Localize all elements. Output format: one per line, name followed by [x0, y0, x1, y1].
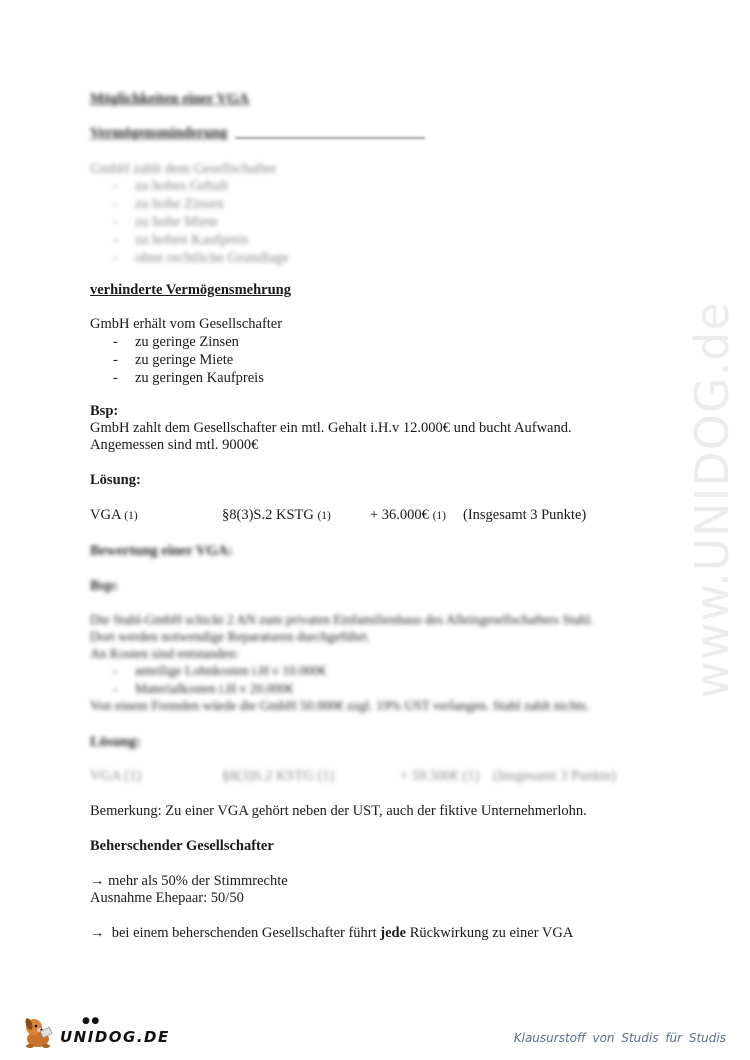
- example-label-2: Bsp:: [90, 578, 118, 595]
- section-title-moeglichkeiten: Möglichkeiten einer VGA: [90, 91, 249, 108]
- unidog-logo[interactable]: ●● UNIDOG.DE: [20, 1012, 170, 1050]
- remark-text: Bemerkung: Zu einer VGA gehört neben der…: [90, 803, 587, 820]
- dog-mascot-icon: [20, 1012, 58, 1050]
- example2-line-2: Dort werden notwendige Reparaturen durch…: [90, 629, 370, 645]
- example2-line-3: An Kosten sind entstanden:: [90, 646, 239, 662]
- paw-icon: ●●: [82, 1016, 101, 1026]
- solution-paragraph: §8(3)S.2 KSTG (1): [222, 507, 331, 524]
- solution2-total-points: (Insgesamt 3 Punkte): [493, 768, 616, 785]
- solution2-vga: VGA (1): [90, 768, 141, 785]
- solution-label: Lösung:: [90, 472, 141, 489]
- section-title-beherschender-gesellschafter: Beherschender Gesellschafter: [90, 838, 274, 855]
- arrow-right-icon: →: [90, 873, 105, 889]
- solution-vga: VGA (1): [90, 507, 138, 524]
- underline-rule: [235, 137, 425, 139]
- example-line-2: Angemessen sind mtl. 9000€: [90, 437, 258, 454]
- logo-text: ●● UNIDOG.DE: [60, 1028, 170, 1046]
- section4-line-2: Ausnahme Ehepaar: 50/50: [90, 890, 244, 907]
- solution-label-2: Lösung:: [90, 734, 141, 751]
- section-title-bewertung: Bewertung einer VGA:: [90, 543, 233, 560]
- document-page: www.UNIDOG.de Möglichkeiten einer VGA Ve…: [0, 0, 750, 1060]
- arrow-right-icon: →: [90, 925, 105, 941]
- solution2-amount: + 59.500€ (1): [400, 768, 479, 785]
- section4-line-1: → mehr als 50% der Stimmrechte: [90, 873, 288, 890]
- solution-amount: + 36.000€ (1): [370, 507, 446, 524]
- example-line-1: GmbH zahlt dem Gesellschafter ein mtl. G…: [90, 420, 572, 437]
- section-subtitle-vermoegensminderung: Vermögensminderung: [90, 125, 227, 142]
- section2-intro: GmbH erhält vom Gesellschafter: [90, 316, 282, 333]
- example2-line-1: Die Stahl-GmbH schickt 2 AN zum privaten…: [90, 612, 594, 628]
- solution2-paragraph: §8(3)S.2 KSTG (1): [222, 768, 334, 785]
- section1-intro: GmbH zahlt dem Gesellschafter: [90, 161, 276, 178]
- example2-closing: Von einem Fremden würde die GmbH 50.000€…: [90, 698, 589, 714]
- solution-total-points: (Insgesamt 3 Punkte): [463, 507, 586, 524]
- example-label: Bsp:: [90, 403, 118, 420]
- section4-line-3: → bei einem beherschenden Gesellschafter…: [90, 925, 573, 942]
- section-title-verhinderte-vermoegensmehrung: verhinderte Vermögensmehrung: [90, 282, 291, 299]
- watermark: www.UNIDOG.de: [685, 301, 739, 698]
- footer-tagline: Klausurstoff von Studis für Studis: [514, 1031, 726, 1045]
